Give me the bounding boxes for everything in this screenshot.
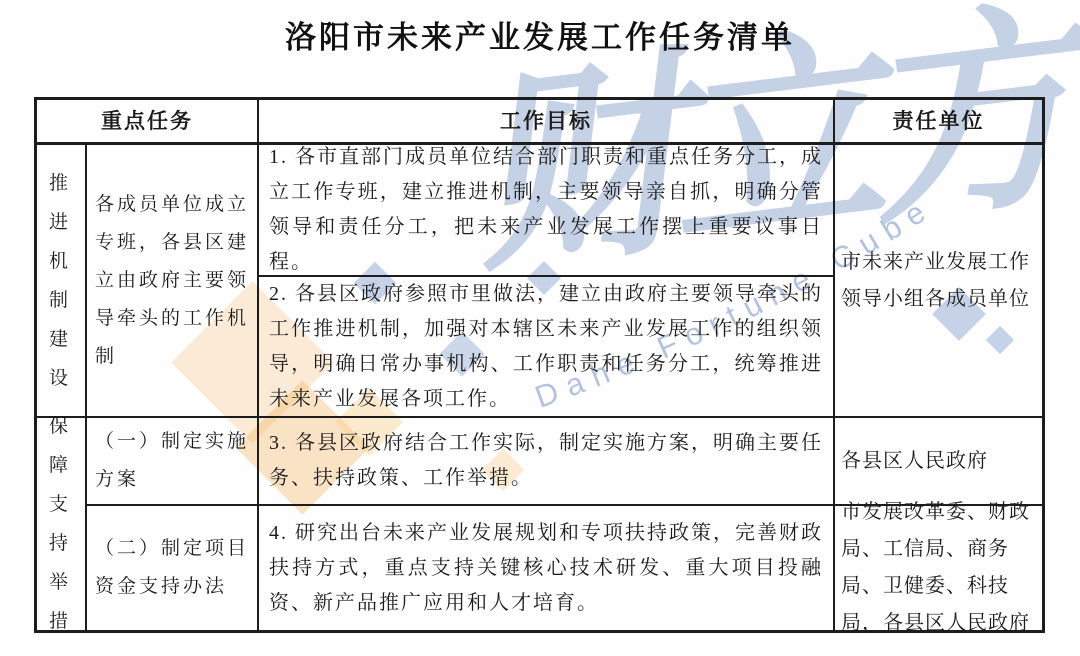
column-header-work-goals: 工作目标 xyxy=(259,100,835,145)
page-title: 洛阳市未来产业发展工作任务清单 xyxy=(0,12,1080,57)
subtask-cell-implementation-plan: （一）制定实施方案 xyxy=(87,418,259,506)
category-cell-mechanism-building: 推进机制建设 xyxy=(37,145,87,418)
subtask-cell-funding-support: （二）制定项目资金支持办法 xyxy=(87,506,259,630)
goal-cell-1: 1. 各市直部门成员单位结合部门职责和重点任务分工，成立工作专班，建立推进机制，… xyxy=(259,145,835,277)
column-header-responsible-units: 责任单位 xyxy=(835,100,1042,145)
unit-cell-1: 市未来产业发展工作领导小组各成员单位 xyxy=(835,145,1042,418)
subtask-cell-work-mechanism: 各成员单位成立专班，各县区建立由政府主要领导牵头的工作机制 xyxy=(87,145,259,418)
category-cell-support-measures: 保障支持举措 xyxy=(37,418,87,630)
column-header-key-tasks: 重点任务 xyxy=(37,100,259,145)
unit-cell-2: 各县区人民政府 xyxy=(835,418,1042,506)
goal-cell-2: 2. 各县区政府参照市里做法，建立由政府主要领导牵头的工作推进机制，加强对本辖区… xyxy=(259,277,835,418)
goal-cell-4: 4. 研究出台未来产业发展规划和专项扶持政策，完善财政扶持方式，重点支持关键核心… xyxy=(259,506,835,630)
document-page: 财立方 Dahe Fortune Cube 洛阳市未来产业发展工作任务清单 重点… xyxy=(0,0,1080,656)
unit-cell-3: 市发展改革委、财政局、工信局、商务局、卫健委、科技局，各县区人民政府 xyxy=(835,506,1042,630)
task-table: 重点任务 工作目标 责任单位 推进机制建设 各成员单位成立专班，各县区建立由政府… xyxy=(34,97,1045,633)
goal-cell-3: 3. 各县区政府结合工作实际，制定实施方案，明确主要任务、扶持政策、工作举措。 xyxy=(259,418,835,506)
